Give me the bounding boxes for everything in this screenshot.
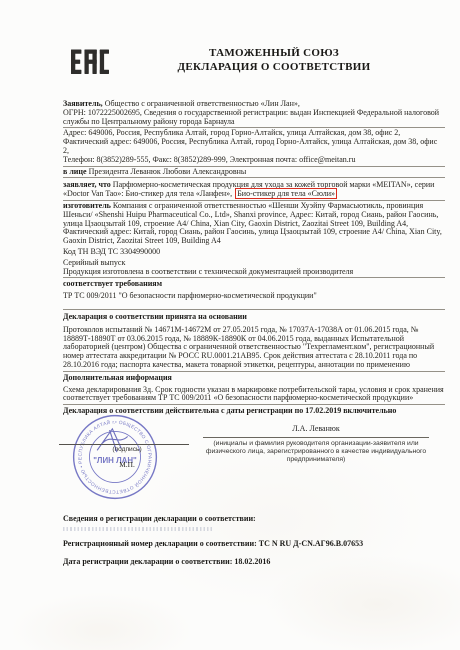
manufacturer-text: Компания с ограниченной ответственностью… — [63, 201, 442, 245]
document-content: ТАМОЖЕННЫЙ СОЮЗ ДЕКЛАРАЦИЯ О СООТВЕТСТВИ… — [63, 38, 445, 566]
stamp-place-mark: М.П. — [99, 461, 155, 470]
document-header: ТАМОЖЕННЫЙ СОЮЗ ДЕКЛАРАЦИЯ О СООТВЕТСТВИ… — [63, 38, 445, 88]
in-person-name: Президента Леванюк Любови Александровны — [89, 167, 247, 176]
registration-number-value: ТС N RU Д-CN.АГ96.В.07653 — [259, 539, 363, 548]
head-caption: (инициалы и фамилия руководителя организ… — [203, 437, 429, 465]
declaration-document: ТАМОЖЕННЫЙ СОЮЗ ДЕКЛАРАЦИЯ О СООТВЕТСТВИ… — [0, 0, 460, 650]
tn-ved-code: Код ТН ВЭД ТС 3304990000 — [63, 248, 445, 257]
manufacturer-paragraph: изготовитель Компания с ограниченной отв… — [63, 202, 445, 246]
registration-date-row: Дата регистрации декларации о соответств… — [63, 558, 445, 567]
additional-header-text: Дополнительная информация — [63, 373, 172, 382]
registration-date-label: Дата регистрации декларации о соответств… — [63, 557, 232, 566]
applicant-registration-info: ОГРН: 1072225002695, Сведения о государс… — [63, 109, 445, 129]
highlight-box: Био-стикер для тела «Сюли» — [235, 188, 337, 199]
product-declaration: заявляет, что Парфюмерно-косметическая п… — [63, 181, 445, 201]
head-signature-zone: Л.А. Леванюк (инициалы и фамилия руковод… — [203, 425, 429, 464]
registration-header: Сведения о регистрации декларации о соот… — [63, 515, 445, 524]
company-stamp: • ОБЩЕСТВО С ОГРАНИЧЕННОЙ ОТВЕТСТВЕННОСТ… — [71, 413, 159, 501]
head-name: Л.А. Леванюк — [203, 425, 429, 434]
applicant-representative: в лице Президента Леванюк Любови Алексан… — [63, 168, 445, 179]
applicant-label: Заявитель, — [63, 99, 103, 108]
applicant-contacts: Телефон: 8(3852)289-555, Факс: 8(3852)28… — [63, 156, 445, 167]
in-person-label: в лице — [63, 167, 87, 176]
basis-header-text: Декларация о соответствии принята на осн… — [63, 312, 247, 321]
applicant-name: Общество с ограниченной ответственностью… — [105, 99, 300, 108]
manufacturer-label: изготовитель — [63, 201, 111, 210]
title-line-1: ТАМОЖЕННЫЙ СОЮЗ — [103, 46, 445, 60]
registration-number-label: Регистрационный номер декларации о соотв… — [63, 539, 257, 548]
additional-header: Дополнительная информация — [63, 374, 445, 383]
basis-text: Протоколов испытаний № 14671М-14672М от … — [63, 326, 445, 372]
registration-number-row: Регистрационный номер декларации о соотв… — [63, 540, 445, 549]
made-according: Продукция изготовлена в соответствии с т… — [63, 268, 445, 279]
complies-label-text: соответствует требованиям — [63, 279, 162, 288]
document-title: ТАМОЖЕННЫЙ СОЮЗ ДЕКЛАРАЦИЯ О СООТВЕТСТВИ… — [103, 46, 445, 74]
basis-header: Декларация о соответствии принята на осн… — [63, 313, 445, 322]
signature-block: • ОБЩЕСТВО С ОГРАНИЧЕННОЙ ОТВЕТСТВЕННОСТ… — [63, 417, 445, 509]
faded-scan-artifact — [63, 527, 213, 531]
additional-text: Схема декларирования 3д. Срок годности у… — [63, 386, 445, 406]
signature-line — [59, 444, 189, 445]
registration-date-value: 18.02.2016 — [234, 557, 270, 566]
title-line-2: ДЕКЛАРАЦИЯ О СООТВЕТСТВИИ — [103, 60, 445, 74]
registration-section: Сведения о регистрации декларации о соот… — [63, 515, 445, 566]
complies-label: соответствует требованиям — [63, 280, 445, 289]
signature-caption: (подпись) — [85, 446, 169, 455]
applicant-actual-address: Фактический адрес: 649006, Россия, Респу… — [63, 138, 445, 156]
complies-text: ТР ТС 009/2011 "О безопасности парфюмерн… — [63, 292, 445, 310]
